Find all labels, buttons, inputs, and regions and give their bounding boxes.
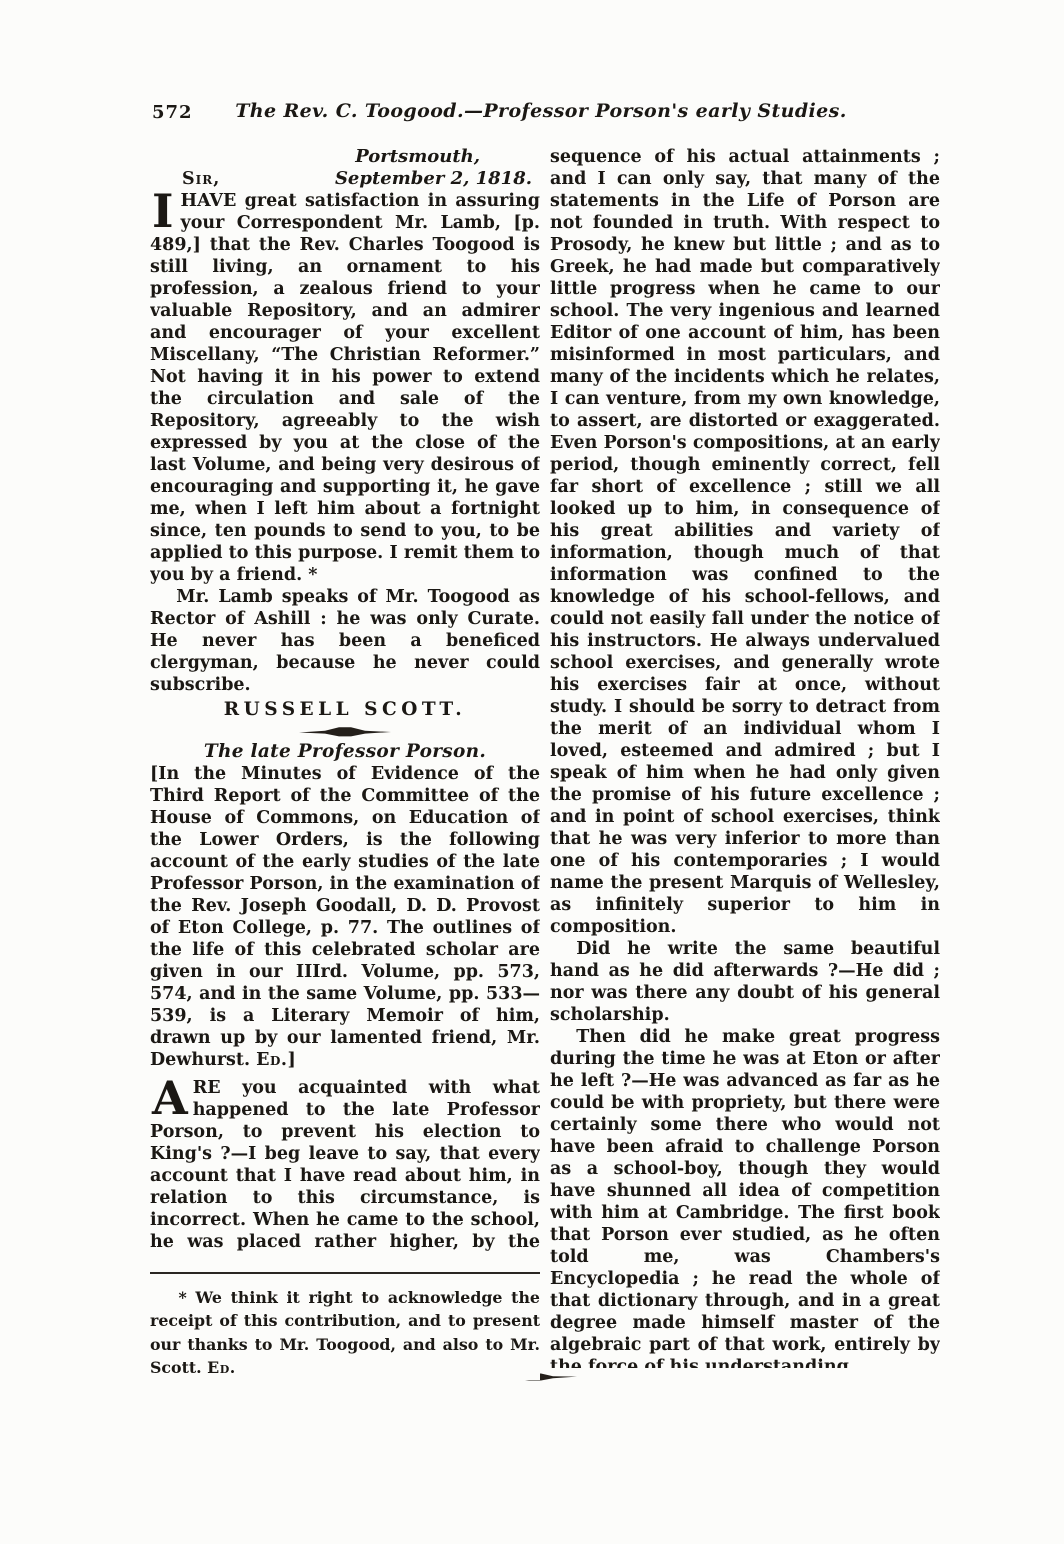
scanned-document-page: 572 The Rev. C. Toogood.—Professor Porso… <box>0 0 1064 1544</box>
letter-paragraph: IHAVE great satisfaction in assuring you… <box>150 190 540 586</box>
footnote-ed: Ed. <box>207 1358 236 1377</box>
footnote: * We think it right to acknowledge the r… <box>150 1272 540 1380</box>
body-paragraph: Did he write the same beautiful hand as … <box>550 938 940 1026</box>
editor-note: [In the Minutes of Evidence of the Third… <box>150 763 540 1071</box>
editor-note-ed: Ed.] <box>256 1050 296 1070</box>
section-heading: The late Professor Porson. <box>150 741 540 763</box>
signature: RUSSELL SCOTT. <box>150 699 540 721</box>
salutation-row: Sir, September 2, 1818. <box>150 168 540 190</box>
qa-paragraph: ARE you acquainted with what happened to… <box>150 1077 540 1254</box>
drop-cap: I <box>150 190 181 230</box>
qa-paragraph-text: RE you acquainted with what happened to … <box>150 1078 540 1254</box>
body-paragraph: sequence of his actual attainments ; and… <box>550 146 940 938</box>
drop-cap: A <box>150 1077 193 1117</box>
letter-paragraph-text: HAVE great satisfaction in assuring your… <box>150 191 540 585</box>
footnote-marker: * <box>178 1288 186 1307</box>
salutation: Sir, <box>182 168 220 190</box>
body-paragraph: Then did he make great progress during t… <box>550 1026 940 1368</box>
left-column: Portsmouth, Sir, September 2, 1818. IHAV… <box>150 146 540 1254</box>
dateline-place: Portsmouth, <box>150 146 540 168</box>
editor-note-text: [In the Minutes of Evidence of the Third… <box>150 764 540 1070</box>
running-title: The Rev. C. Toogood.—Professor Porson's … <box>0 100 1064 122</box>
text-columns: Portsmouth, Sir, September 2, 1818. IHAV… <box>150 146 940 1368</box>
letter-paragraph-2: Mr. Lamb speaks of Mr. Toogood as Rector… <box>150 586 540 696</box>
right-column: sequence of his actual attainments ; and… <box>550 146 940 1368</box>
dateline-date: September 2, 1818. <box>335 168 532 190</box>
spindle-divider-icon <box>299 726 391 738</box>
